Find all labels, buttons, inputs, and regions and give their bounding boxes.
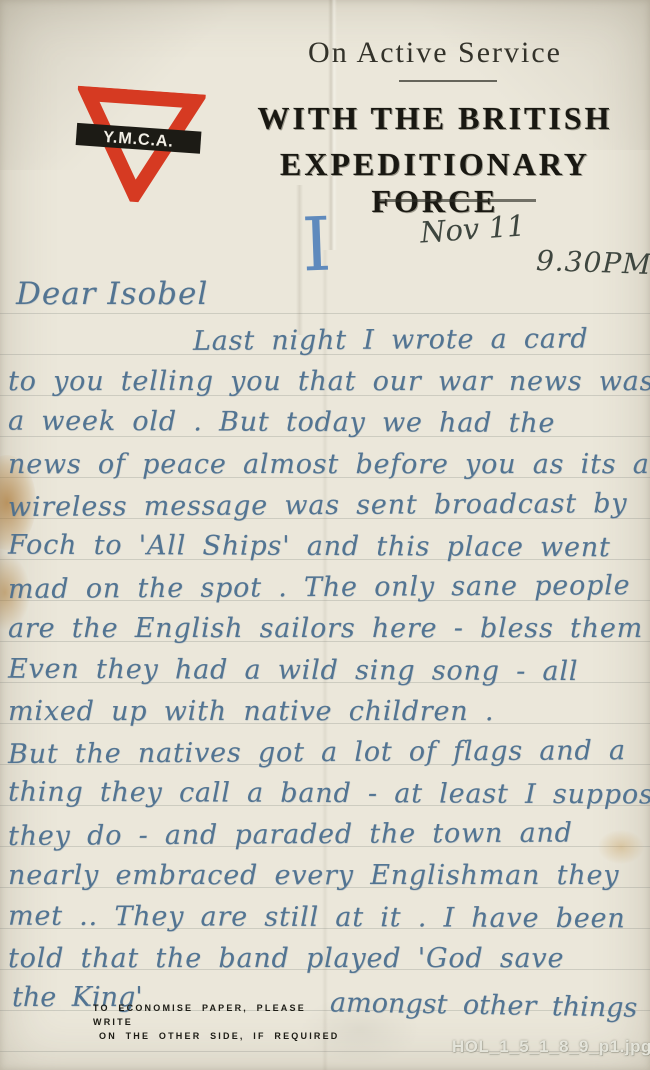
handwritten-line: mixed up with native children .: [8, 691, 650, 732]
handwritten-line: met .. They are still at it . I have bee…: [8, 895, 650, 939]
heading-rule: [399, 80, 497, 82]
handwritten-line: told that the band played 'God save: [8, 938, 650, 979]
handwritten-line: Even they had a wild sing song - all: [8, 648, 650, 692]
handwritten-line: to you telling you that our war news was: [8, 361, 650, 402]
handwritten-line: But the natives got a lot of flags and a: [8, 730, 650, 775]
page-number-numeral: I: [301, 202, 333, 289]
letter-body: Last night I wrote a card to you telling…: [8, 320, 650, 979]
time-annotation: 9.30PM: [535, 244, 650, 281]
economy-note-line1: TO ECONOMISE PAPER, PLEASE WRITE: [93, 1001, 343, 1029]
economy-note: TO ECONOMISE PAPER, PLEASE WRITE ON THE …: [93, 1001, 343, 1043]
ymca-logo-icon: Y.M.C.A.: [70, 86, 206, 207]
handwritten-line: they do - and paraded the town and: [8, 812, 650, 857]
handwritten-line: wireless message was sent broadcast by: [8, 483, 650, 528]
handwritten-line: are the English sailors here - bless the…: [8, 608, 650, 649]
economy-note-line2: ON THE OTHER SIDE, IF REQUIRED: [93, 1029, 343, 1043]
letterhead-title-line1: WITH THE BRITISH: [235, 100, 635, 137]
handwritten-line: nearly embraced every Englishman they: [8, 855, 650, 896]
handwritten-line: Last night I wrote a card: [8, 318, 650, 363]
on-active-service-heading: On Active Service: [240, 36, 630, 70]
letterhead-title-line2: EXPEDITIONARY FORCE: [215, 146, 650, 220]
salutation: Dear Isobel: [16, 276, 208, 312]
archive-filename-watermark: HOL_1_5_1_8_9_p1.jpg: [452, 1037, 650, 1057]
handwritten-line: a week old . But today we had the: [8, 401, 650, 445]
letter-page: On Active Service Y.M.C.A. WITH THE BRIT…: [0, 0, 650, 1070]
handwritten-line: thing they call a band - at least I supp…: [8, 772, 650, 816]
handwritten-line: mad on the spot . The only sane people: [8, 565, 650, 610]
handwritten-line: Foch to 'All Ships' and this place went: [8, 525, 650, 569]
handwritten-line: news of peace almost before you as its a: [8, 444, 650, 485]
handwritten-line-final-end: amongst other things: [330, 987, 638, 1023]
date-annotation: Nov 11: [419, 208, 526, 249]
title-rule: [378, 199, 536, 202]
